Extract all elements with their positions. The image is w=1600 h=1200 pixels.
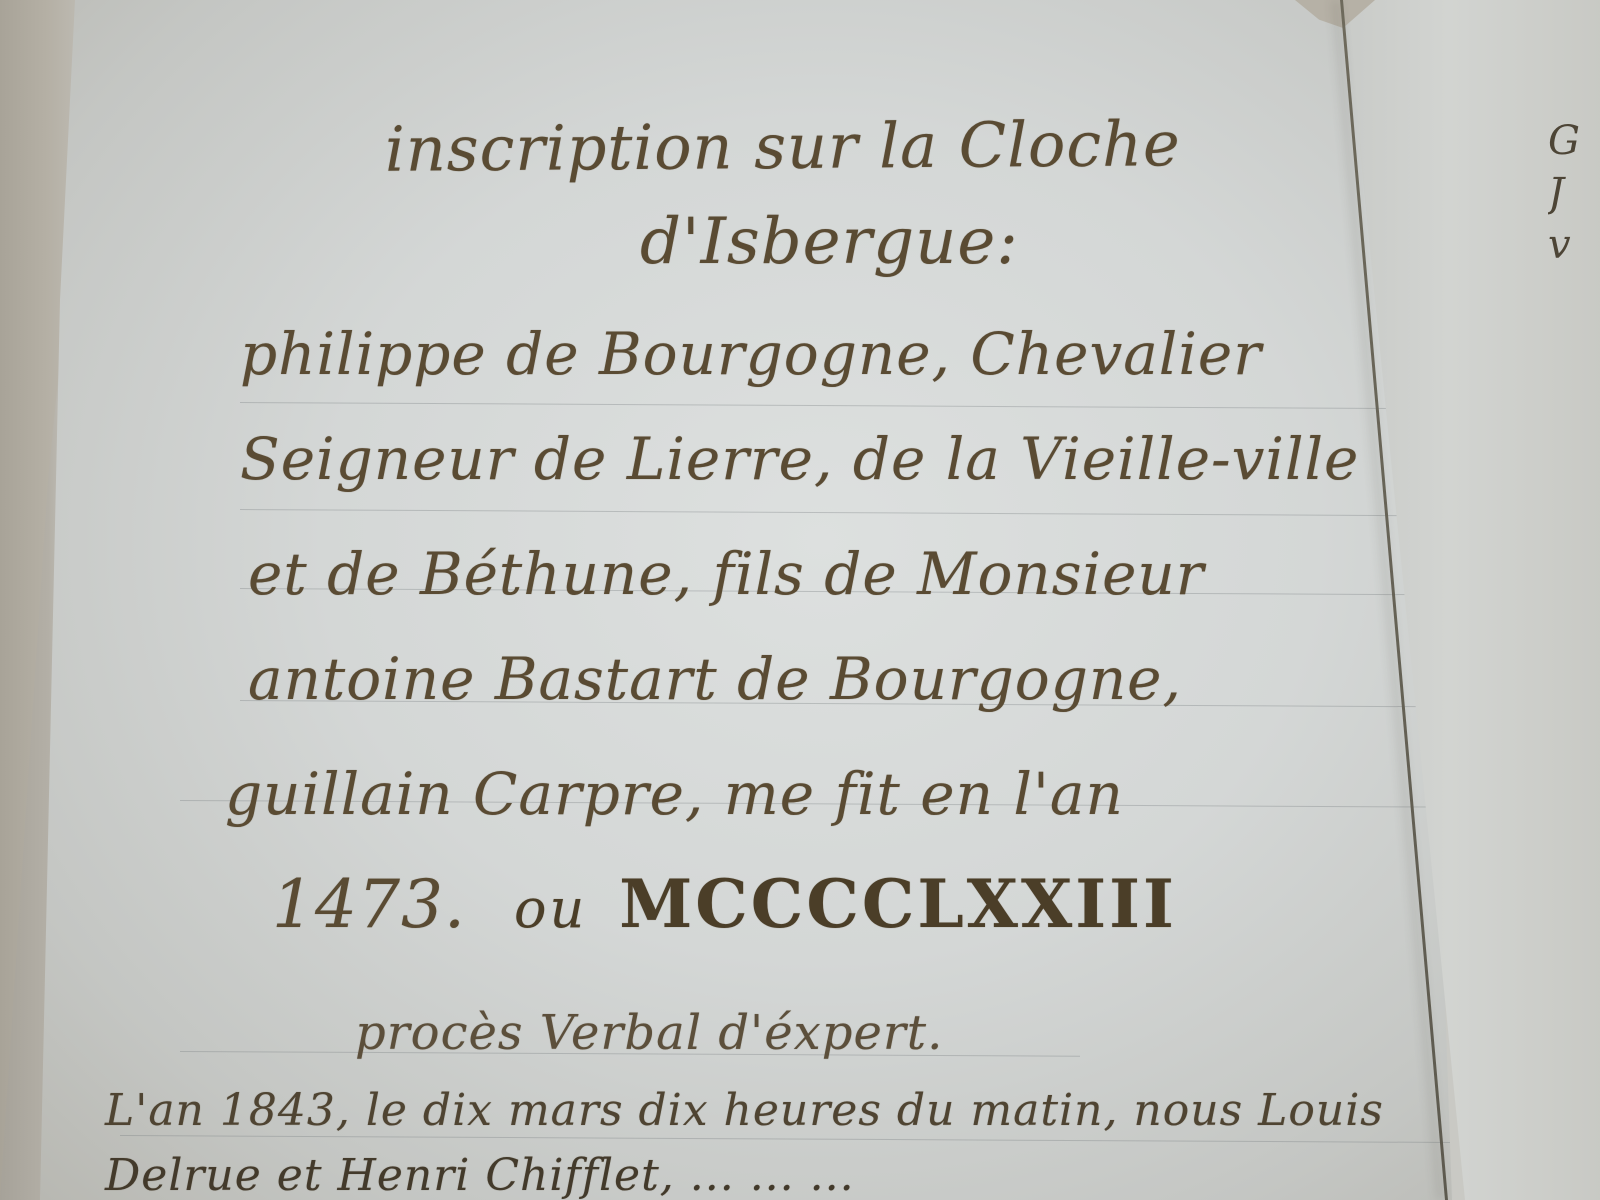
year-connector: ou (514, 877, 587, 940)
ruled-line (240, 402, 1390, 409)
inscription-date: 1473. ou MCCCCLXXIII (272, 865, 1177, 943)
right-page-text-fragments: G J v (1548, 115, 1600, 271)
fragment: v (1548, 219, 1600, 271)
inscription-line: guillain Carpre, me fit en l'an (225, 760, 1124, 828)
year-arabic: 1473. (272, 866, 466, 943)
inscription-line: Seigneur de Lierre, de la Vieille-ville (240, 425, 1359, 493)
inscription-line: et de Béthune, fils de Monsieur (248, 540, 1205, 608)
paragraph-line: L'an 1843, le dix mars dix heures du mat… (105, 1085, 1384, 1136)
fragment: G (1548, 115, 1600, 167)
ruled-line (120, 1135, 1450, 1143)
section-heading: procès Verbal d'éxpert. (355, 1005, 943, 1061)
document-subtitle: d'Isbergue: (640, 205, 1019, 279)
paragraph-line: Delrue et Henri Chifflet, ... ... ... (105, 1150, 855, 1200)
fragment: J (1548, 167, 1600, 219)
ruled-line (240, 509, 1400, 516)
inscription-line: philippe de Bourgogne, Chevalier (240, 320, 1262, 388)
year-roman-group: ou MCCCCLXXIII (514, 865, 1177, 943)
manuscript-photo: G J v inscription sur la Cloche d'Isberg… (0, 0, 1600, 1200)
inscription-line: antoine Bastart de Bourgogne, (248, 645, 1182, 713)
document-title: inscription sur la Cloche (385, 107, 1181, 186)
year-roman: MCCCCLXXIII (619, 865, 1177, 943)
